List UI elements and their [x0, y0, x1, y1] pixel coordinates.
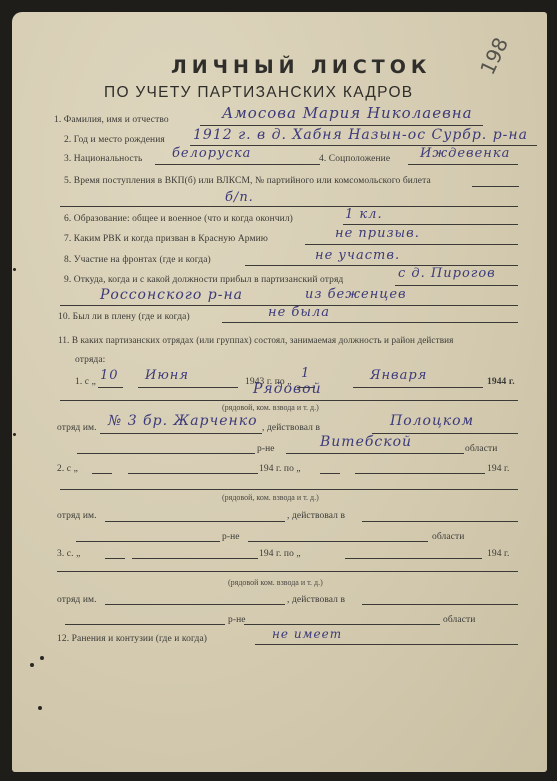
field-2-label: 2. Год и место рождения [64, 135, 165, 145]
entry-3-year-to: 194 г. [487, 549, 509, 559]
entry-3-unit-line [105, 604, 285, 605]
document-title: ЛИЧНЫЙ ЛИСТОК [171, 56, 431, 78]
entry-3-district-line [65, 624, 225, 625]
entry-1-day-line [98, 387, 123, 388]
field-9-value-line2-a[interactable]: Россонского р-на [100, 287, 243, 303]
entry-1-num: 1. с „ [75, 377, 96, 387]
field-4-label: 4. Соцположение [319, 154, 390, 164]
entry-2-to-month-line [355, 473, 485, 474]
field-1-label: 1. Фамилия, имя и отчество [54, 115, 169, 125]
entry-2-district-label: р-не [222, 532, 240, 542]
entry-1-unit-line [100, 433, 262, 434]
entry-1-position-hint: (рядовой, ком. взвода и т. д.) [222, 403, 319, 412]
entry-1-district[interactable]: Полоцком [390, 413, 474, 429]
field-10-value[interactable]: не была [268, 305, 330, 320]
field-6-value[interactable]: 1 кл. [345, 207, 383, 222]
entry-1-position-line [60, 400, 518, 401]
entry-1-region[interactable]: Витебской [320, 434, 412, 450]
entry-2-year-from: 194 г. по „ [259, 464, 301, 474]
field-1-line [200, 125, 483, 126]
punch-hole [30, 663, 34, 667]
entry-1-position[interactable]: Рядовой [253, 381, 322, 397]
field-5-label: 5. Время поступления в ВКП(б) или ВЛКСМ,… [64, 176, 431, 186]
field-7-line [305, 244, 518, 245]
field-9-line [395, 285, 518, 286]
entry-1-unit[interactable]: № 3 бр. Жарченко [108, 413, 258, 429]
entry-2-unit-label: отряд им. [57, 511, 97, 521]
document-subtitle: ПО УЧЕТУ ПАРТИЗАНСКИХ КАДРОВ [104, 84, 413, 102]
entry-2-region-line [248, 541, 428, 542]
entry-2-region-label: области [432, 532, 464, 542]
entry-3-day-line [105, 558, 125, 559]
entry-1-unit-label: отряд им. [57, 423, 97, 433]
field-3-line [155, 164, 320, 165]
entry-2-unit-line [105, 521, 285, 522]
field-3-value[interactable]: белоруска [172, 146, 251, 161]
field-6-line [343, 224, 518, 225]
entry-2-acted-label: , действовал в [287, 511, 345, 521]
entry-3-month-line [132, 558, 258, 559]
entry-1-region-line [286, 453, 464, 454]
entry-1-district-label: р-не [257, 444, 275, 454]
field-6-label: 6. Образование: общее и военное (что и к… [64, 214, 293, 224]
entry-3-position-line [57, 571, 518, 572]
field-3-label: 3. Национальность [64, 154, 142, 164]
entry-3-num: 3. с. „ [57, 549, 80, 559]
field-4-value[interactable]: Иждевенка [420, 146, 510, 161]
entry-3-to-month-line [352, 558, 482, 559]
field-10-label: 10. Был ли в плену (где и когда) [58, 312, 190, 322]
entry-1-from-day[interactable]: 10 [100, 368, 119, 383]
entry-2-month-line [128, 473, 258, 474]
field-12-value[interactable]: не имеет [272, 627, 342, 641]
field-12-label: 12. Ранения и контузии (где и когда) [57, 634, 207, 644]
entry-2-year-to: 194 г. [487, 464, 509, 474]
entry-2-district-line [76, 541, 220, 542]
entry-3-position-hint: (рядовой ком. взвода и т. д.) [228, 578, 323, 587]
field-5-line [472, 186, 519, 187]
field-7-label: 7. Каким РВК и когда призван в Красную А… [64, 234, 268, 244]
punch-hole [13, 433, 16, 436]
field-12-line [255, 644, 518, 645]
entry-1-district-line [77, 453, 255, 454]
entry-2-to-day-line [320, 473, 340, 474]
entry-3-acted-line [362, 604, 518, 605]
field-4-line [408, 164, 518, 165]
field-5-value[interactable]: б/п. [225, 190, 254, 205]
field-7-value[interactable]: не призыв. [335, 226, 420, 241]
punch-hole [38, 706, 42, 710]
entry-1-acted-label: , действовал в [262, 423, 320, 433]
entry-3-region-label: области [443, 615, 475, 625]
entry-1-to-month[interactable]: Января [370, 368, 427, 383]
entry-3-region-line [244, 624, 440, 625]
entry-1-to-year: 1944 г. [487, 377, 515, 387]
field-10-line [222, 322, 518, 323]
entry-2-acted-line [362, 521, 518, 522]
entry-1-to-day[interactable]: 1 [301, 366, 310, 381]
field-2-value[interactable]: 1912 г. в д. Хабня Назын-ос Сурбр. р-на [193, 127, 528, 143]
punch-hole [13, 268, 16, 271]
entry-2-position-hint: (рядовой, ком. взвода и т. д.) [222, 493, 319, 502]
entry-2-num: 2. с „ [57, 464, 78, 474]
entry-1-to-month-line [353, 387, 483, 388]
entry-3-year-from: 194 г. по „ [259, 549, 301, 559]
entry-1-month-line [138, 387, 238, 388]
entry-3-acted-label: , действовал в [287, 595, 345, 605]
field-9-value-line2-b[interactable]: из беженцев [305, 287, 407, 302]
entry-1-region-label: области [465, 444, 497, 454]
field-8-value[interactable]: не участв. [315, 248, 400, 263]
field-11-label-cont: отряда: [75, 355, 105, 365]
entry-2-day-line [92, 473, 112, 474]
field-8-label: 8. Участие на фронтах (где и когда) [64, 255, 211, 265]
field-11-label: 11. В каких партизанских отрядах (или гр… [58, 335, 454, 345]
entry-3-unit-label: отряд им. [57, 595, 97, 605]
field-9-value[interactable]: с д. Пирогов [398, 266, 496, 281]
entry-1-from-month[interactable]: Июня [145, 368, 189, 383]
entry-3-district-label: р-не [228, 615, 246, 625]
field-9-label: 9. Откуда, когда и с какой должности при… [64, 275, 343, 285]
entry-2-position-line [60, 489, 518, 490]
field-1-value[interactable]: Амосова Мария Николаевна [222, 104, 473, 122]
field-5-line2 [60, 206, 518, 207]
punch-hole [40, 656, 44, 660]
